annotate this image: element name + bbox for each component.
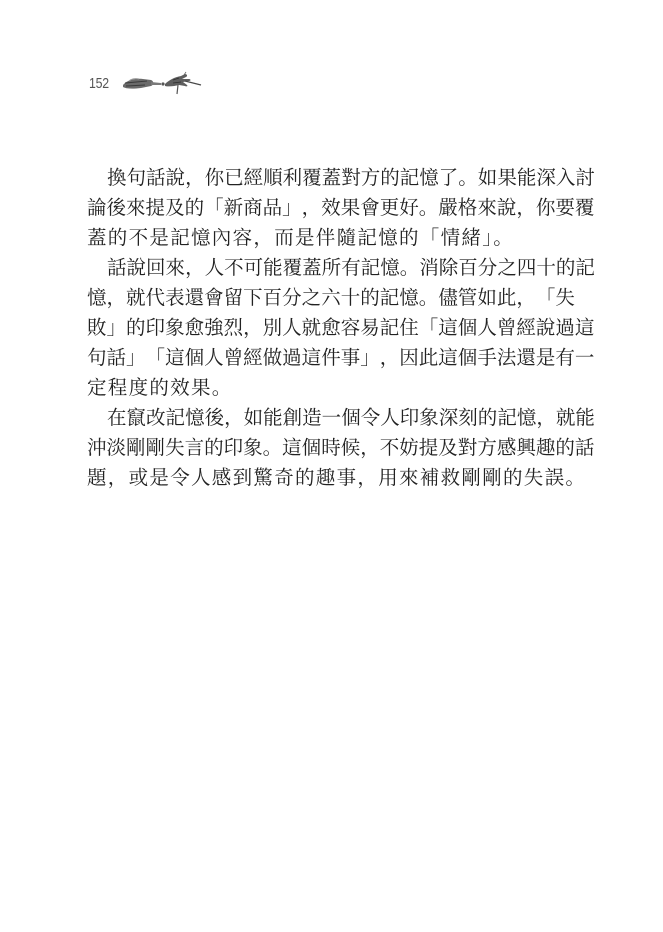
text-line: 敗」的印象愈強烈，別人就愈容易記住「這個人曾經說過這 xyxy=(87,313,556,343)
text-line: 沖淡剛剛失言的印象。這個時候，不妨提及對方感興趣的話 xyxy=(87,433,556,463)
body-text: 換句話說，你已經順利覆蓋對方的記憶了。如果能深入討 論後來提及的「新商品」，效果… xyxy=(87,163,556,493)
text-line: 句話」「這個人曾經做過這件事」，因此這個手法還是有一 xyxy=(87,343,556,373)
page-header: 152 xyxy=(89,68,211,98)
paragraph-1: 換句話說，你已經順利覆蓋對方的記憶了。如果能深入討 論後來提及的「新商品」，效果… xyxy=(87,163,556,253)
text-line: 在竄改記憶後，如能創造一個令人印象深刻的記憶，就能 xyxy=(87,403,556,433)
text-line: 蓋的不是記憶內容，而是伴隨記憶的「情緒」。 xyxy=(87,223,556,253)
paragraph-2: 話說回來，人不可能覆蓋所有記憶。消除百分之四十的記 憶，就代表還會留下百分之六十… xyxy=(87,253,556,403)
text-line: 題，或是令人感到驚奇的趣事，用來補救剛剛的失誤。 xyxy=(87,463,556,493)
text-line: 話說回來，人不可能覆蓋所有記憶。消除百分之四十的記 xyxy=(87,253,556,283)
text-line: 論後來提及的「新商品」，效果會更好。嚴格來說，你要覆 xyxy=(87,193,556,223)
text-line: 憶，就代表還會留下百分之六十的記憶。儘管如此，「失 xyxy=(87,283,556,313)
page-number: 152 xyxy=(89,76,109,91)
pointing-hand-icon xyxy=(121,68,211,98)
text-line: 換句話說，你已經順利覆蓋對方的記憶了。如果能深入討 xyxy=(87,163,556,193)
paragraph-3: 在竄改記憶後，如能創造一個令人印象深刻的記憶，就能 沖淡剛剛失言的印象。這個時候… xyxy=(87,403,556,493)
text-line: 定程度的效果。 xyxy=(87,373,556,403)
